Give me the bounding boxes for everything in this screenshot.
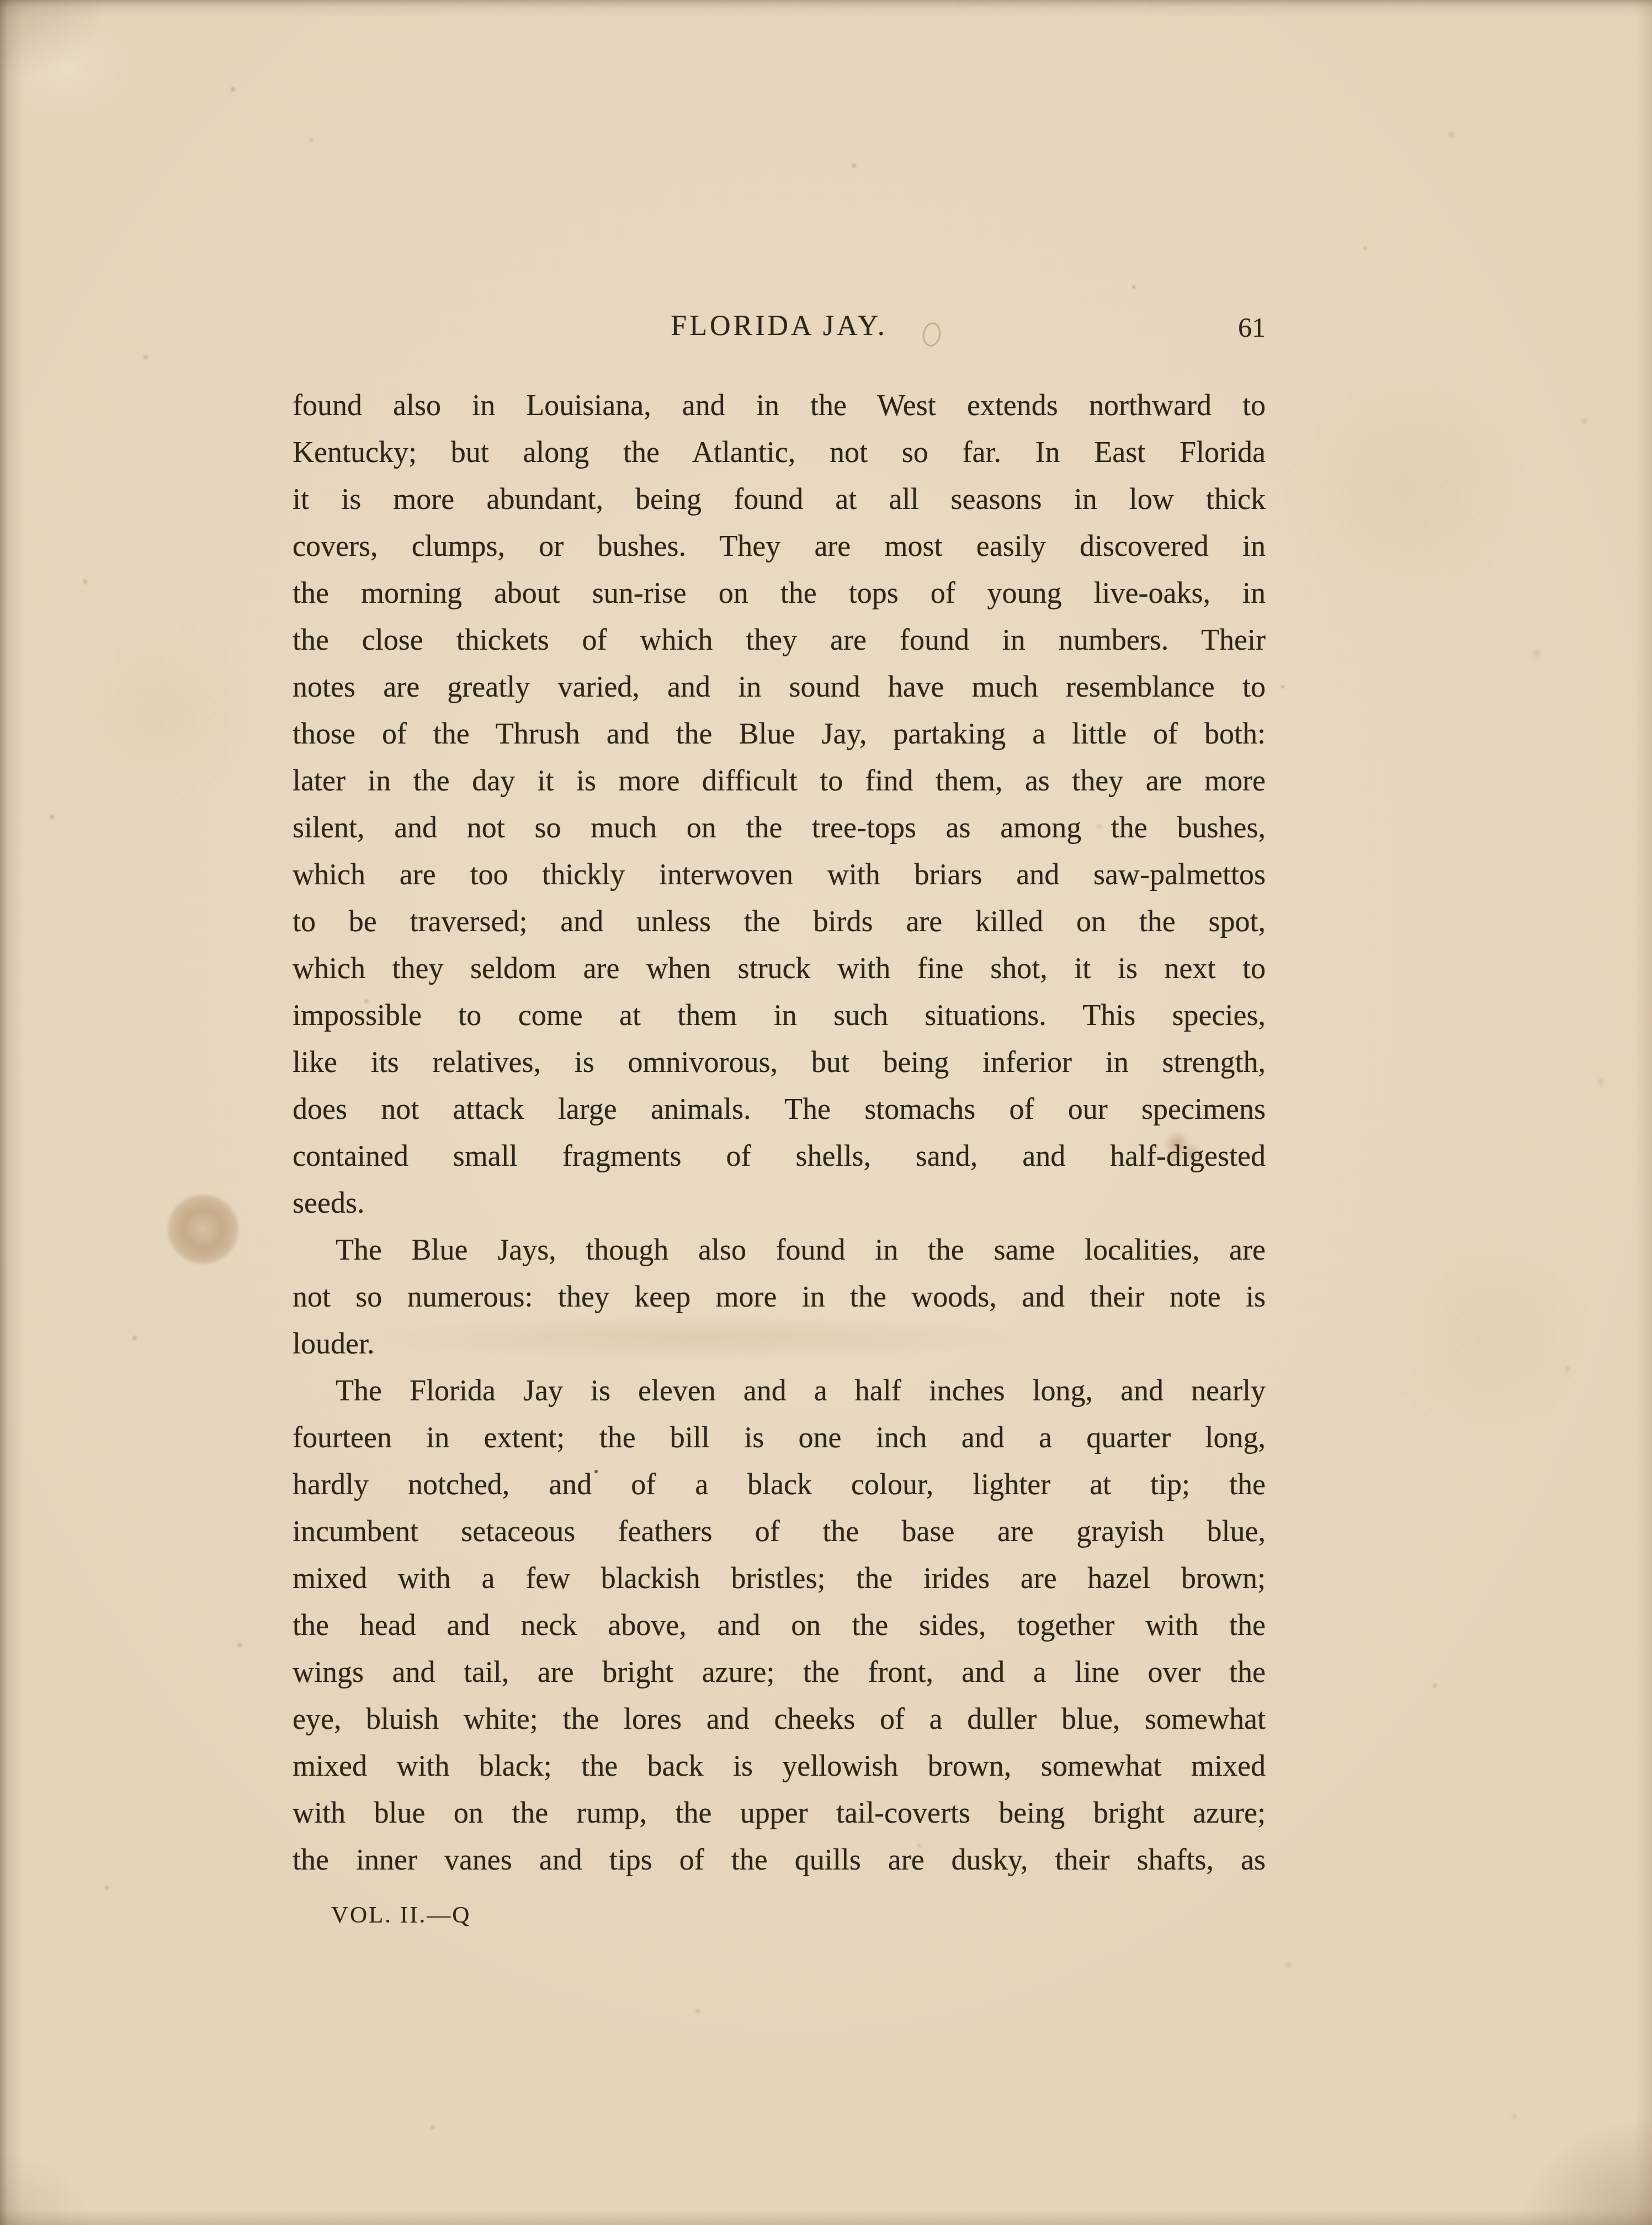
text-line: the head and neck above, and on the side… [293, 1602, 1266, 1649]
volume-signature-mark: VOL. II.—Q [331, 1902, 471, 1929]
text-line: louder. [293, 1320, 1266, 1367]
book-page: FLORIDA JAY. 61 found also in Louisiana,… [0, 0, 1652, 2225]
text-line: impossible to come at them in such situa… [293, 992, 1266, 1039]
text-line: silent, and not so much on the tree-tops… [293, 804, 1266, 851]
text-line: contained small fragments of shells, san… [293, 1133, 1266, 1180]
text-line: the close thickets of which they are fou… [293, 617, 1266, 663]
text-line: seeds. [293, 1180, 1266, 1226]
text-line: wings and tail, are bright azure; the fr… [293, 1649, 1266, 1696]
text-line: fourteen in extent; the bill is one inch… [293, 1414, 1266, 1461]
text-line: Kentucky; but along the Atlantic, not so… [293, 429, 1266, 476]
text-line: The Blue Jays, though also found in the … [293, 1226, 1266, 1273]
body-text: found also in Louisiana, and in the West… [293, 382, 1266, 1883]
text-line: which are too thickly interwoven with br… [293, 851, 1266, 898]
text-line: the inner vanes and tips of the quills a… [293, 1836, 1266, 1883]
text-line: covers, clumps, or bushes. They are most… [293, 523, 1266, 570]
page-number: 61 [1170, 310, 1266, 344]
running-title: FLORIDA JAY. [293, 309, 1266, 343]
text-line: The Florida Jay is eleven and a half inc… [293, 1367, 1266, 1414]
text-line: found also in Louisiana, and in the West… [293, 382, 1266, 429]
stain-blotch-left-margin [168, 1194, 238, 1264]
text-line: incumbent setaceous feathers of the base… [293, 1508, 1266, 1555]
text-line: does not attack large animals. The stoma… [293, 1086, 1266, 1133]
text-line: notes are greatly varied, and in sound h… [293, 663, 1266, 710]
text-line: with blue on the rump, the upper tail-co… [293, 1789, 1266, 1836]
text-line: those of the Thrush and the Blue Jay, pa… [293, 710, 1266, 757]
text-line: later in the day it is more difficult to… [293, 757, 1266, 804]
text-line: which they seldom are when struck with f… [293, 945, 1266, 992]
text-line: eye, bluish white; the lores and cheeks … [293, 1696, 1266, 1743]
text-line: the morning about sun-rise on the tops o… [293, 570, 1266, 617]
text-line: it is more abundant, being found at all … [293, 476, 1266, 523]
text-line: to be traversed; and unless the birds ar… [293, 898, 1266, 945]
text-line: mixed with a few blackish bristles; the … [293, 1555, 1266, 1602]
foxing-specks [0, 0, 2, 2]
text-line: not so numerous: they keep more in the w… [293, 1273, 1266, 1320]
text-line: mixed with black; the back is yellowish … [293, 1743, 1266, 1789]
text-line: hardly notched, and of a black colour, l… [293, 1461, 1266, 1508]
text-line: like its relatives, is omnivorous, but b… [293, 1039, 1266, 1086]
